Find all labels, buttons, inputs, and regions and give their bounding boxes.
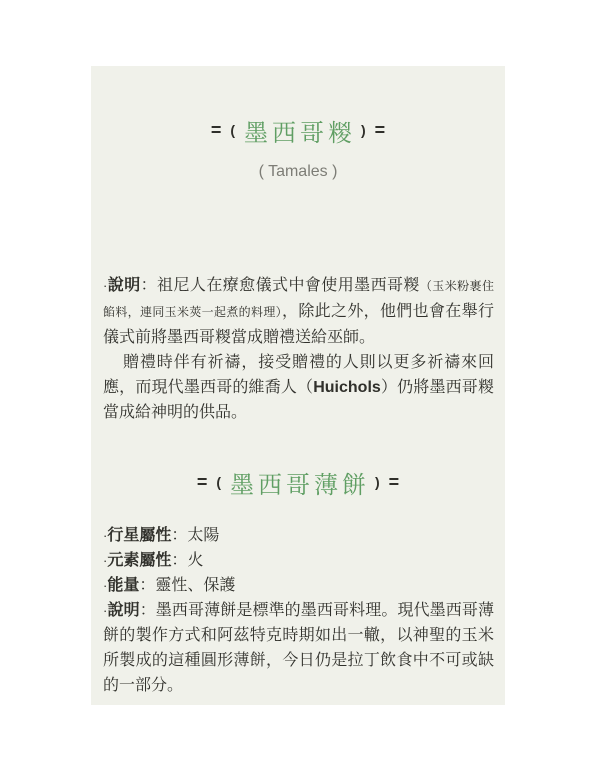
tortilla-title: 墨西哥薄餅 [230, 465, 370, 500]
property-row-element: ·元素屬性：火 [103, 548, 494, 573]
page-background: =(墨西哥糉)= ( Tamales ) ·說明：祖尼人在療愈儀式中會使用墨西哥… [0, 0, 600, 775]
description-text: ：祖尼人在療愈儀式中會使用墨西哥糉 [141, 277, 420, 294]
property-label: 能量 [107, 577, 139, 594]
heading2-paren-right: ) [375, 474, 380, 490]
property-row-description: ·說明：墨西哥薄餅是標準的墨西哥料理。現代墨西哥薄餅的製作方式和阿茲特克時期如出… [103, 598, 494, 698]
tamales-subtitle: ( Tamales ) [91, 161, 505, 182]
content-page: =(墨西哥糉)= ( Tamales ) ·說明：祖尼人在療愈儀式中會使用墨西哥… [91, 66, 505, 705]
property-value: ：靈性、保護 [139, 577, 235, 594]
huichols-name: Huichols [313, 379, 381, 396]
tamales-heading: =(墨西哥糉)= [91, 110, 505, 150]
property-row-planet: ·行星屬性：太陽 [103, 523, 494, 548]
tortilla-text-block: ·行星屬性：太陽 ·元素屬性：火 ·能量：靈性、保護 ·說明：墨西哥薄餅是標準的… [103, 523, 494, 698]
description-label: 說明 [107, 277, 140, 294]
tortilla-heading: =(墨西哥薄餅)= [91, 462, 505, 502]
heading2-equals-right: = [389, 472, 400, 493]
tamales-description-paragraph: ·說明：祖尼人在療愈儀式中會使用墨西哥糉（玉米粉裹住餡料，連同玉米莢一起煮的料理… [103, 273, 494, 350]
tamales-text-block: ·說明：祖尼人在療愈儀式中會使用墨西哥糉（玉米粉裹住餡料，連同玉米莢一起煮的料理… [103, 273, 494, 425]
heading2-equals-left: = [197, 472, 208, 493]
property-label: 行星屬性 [107, 527, 171, 544]
heading-paren-left: ( [230, 122, 235, 138]
property-label: 說明 [107, 602, 139, 619]
heading-paren-right: ) [361, 122, 366, 138]
heading-equals-left: = [211, 120, 222, 141]
heading-equals-right: = [375, 120, 386, 141]
property-label: 元素屬性 [107, 552, 171, 569]
property-value: ：墨西哥薄餅是標準的墨西哥料理。現代墨西哥薄餅的製作方式和阿茲特克時期如出一轍，… [103, 602, 494, 694]
property-value: ：火 [171, 552, 203, 569]
property-row-energy: ·能量：靈性、保護 [103, 573, 494, 598]
tamales-title: 墨西哥糉 [244, 113, 356, 148]
property-value: ：太陽 [171, 527, 219, 544]
heading2-paren-left: ( [216, 474, 221, 490]
tamales-gift-paragraph: 贈禮時伴有祈禱，接受贈禮的人則以更多祈禱來回應，而現代墨西哥的維喬人（Huich… [103, 350, 494, 425]
